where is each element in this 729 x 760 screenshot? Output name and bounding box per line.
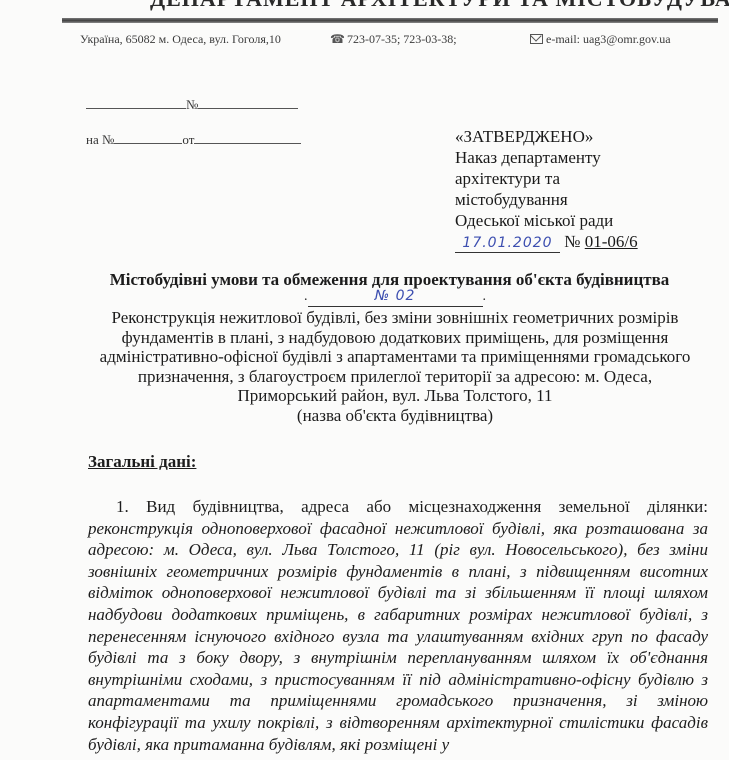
ref-number-blank bbox=[114, 131, 182, 144]
section-heading-general: Загальні дані: bbox=[88, 452, 196, 472]
approval-stamp: «ЗАТВЕРДЖЕНО» bbox=[455, 126, 638, 147]
approval-date-number: 17.01.2020 № 01-06/6 bbox=[455, 231, 638, 253]
phone-numbers: 723-07-35; 723-03-38; bbox=[347, 32, 457, 46]
number-symbol: № bbox=[186, 97, 198, 112]
ref-date-blank bbox=[194, 131, 301, 144]
approval-date: 17.01.2020 bbox=[455, 233, 560, 253]
letterhead-divider-right bbox=[510, 18, 718, 23]
phone-icon: ☎ bbox=[330, 32, 345, 46]
handwritten-date: 17.01.2020 bbox=[462, 235, 552, 251]
object-caption: (назва об'єкта будівництва) bbox=[90, 406, 700, 426]
outgoing-number-blank bbox=[198, 96, 298, 109]
approval-block: «ЗАТВЕРДЖЕНО» Наказ департаменту архітек… bbox=[455, 126, 638, 253]
ref-from-label: от bbox=[182, 132, 194, 147]
approval-line-4: Одеської міської ради bbox=[455, 210, 638, 231]
incoming-reference: на №от bbox=[86, 131, 301, 148]
general-item-1: 1. Вид будівництва, адреса або місцезнах… bbox=[88, 496, 708, 755]
envelope-icon bbox=[530, 34, 543, 44]
approval-line-3: містобудування bbox=[455, 189, 638, 210]
approval-number-label: № bbox=[564, 232, 580, 251]
document-number-blank: № 02 bbox=[308, 287, 483, 307]
document-number-line: .№ 02. bbox=[295, 287, 495, 307]
letterhead-divider bbox=[62, 18, 510, 23]
approval-number: 01-06/6 bbox=[585, 232, 638, 251]
approval-line-1: Наказ департаменту bbox=[455, 147, 638, 168]
item-1-text: реконструкція одноповерхової фасадної не… bbox=[88, 519, 708, 754]
email-address: e-mail: uag3@omr.gov.ua bbox=[546, 32, 671, 46]
department-phones: ☎723-07-35; 723-03-38; bbox=[330, 32, 457, 47]
department-name: ДЕПАРТАМЕНТ АРХІТЕКТУРИ ТА МІСТОБУДУВАНН… bbox=[150, 0, 630, 12]
handwritten-document-number: № 02 bbox=[375, 288, 416, 304]
department-address: Україна, 65082 м. Одеса, вул. Гоголя,10 bbox=[80, 32, 281, 47]
outgoing-registration: № bbox=[86, 96, 298, 113]
object-description: Реконструкція нежитлової будівлі, без зм… bbox=[90, 308, 700, 425]
approval-line-2: архітектури та bbox=[455, 168, 638, 189]
item-1-label: 1. Вид будівництва, адреса або місцезнах… bbox=[116, 497, 708, 516]
ref-prefix: на № bbox=[86, 132, 114, 147]
outgoing-date-blank bbox=[86, 96, 186, 109]
object-name: Реконструкція нежитлової будівлі, без зм… bbox=[90, 308, 700, 406]
department-email: e-mail: uag3@omr.gov.ua bbox=[530, 32, 671, 47]
